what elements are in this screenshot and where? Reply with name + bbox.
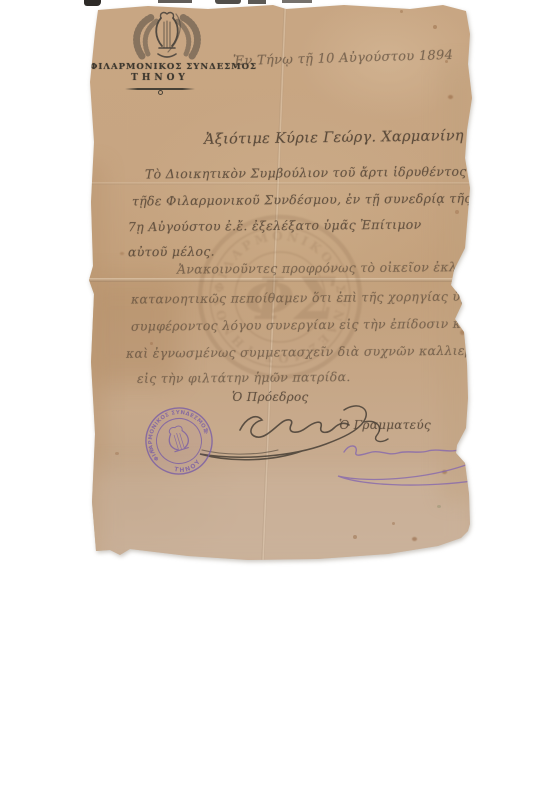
- scanned-letter-background: ΦΙΛΑΡΜΟΝΙΚΟΣ ΣΥΝΔΕΣΜΟΣ ΤΗΝΟΥ Ἐν Τήνῳ τῇ …: [0, 0, 549, 800]
- foxing-spot: [433, 25, 437, 29]
- fold-crease-vertical: [261, 0, 287, 570]
- foxing-spot: [442, 470, 447, 474]
- stamp-ring-text-bottom: ΤΗΝΟΥ: [171, 457, 204, 478]
- paper-stain-bottom: [88, 470, 472, 564]
- letterhead-divider: [125, 88, 195, 90]
- foxing-spot: [120, 252, 124, 255]
- paper-sheet: ΦΙΛΑΡΜΟΝΙΚΟΣ ΣΥΝΔΕΣΜΟΣ ΤΗΝΟΥ Ἐν Τήνῳ τῇ …: [88, 2, 472, 562]
- scan-edge-artifact: [248, 0, 266, 4]
- org-place: ΤΗΝΟΥ: [90, 73, 230, 83]
- scan-edge-artifact: [215, 0, 241, 4]
- scan-edge-artifact: [282, 0, 312, 3]
- foxing-spot: [115, 452, 119, 455]
- president-label: Ὁ Πρόεδρος: [232, 390, 309, 404]
- foxing-spot: [455, 210, 459, 214]
- foxing-spot: [448, 95, 453, 99]
- foxing-spot: [392, 522, 395, 525]
- org-name: ΦΙΛΑΡΜΟΝΙΚΟΣ ΣΥΝΔΕΣΜΟΣ: [90, 62, 230, 72]
- round-ink-stamp: ΦΙΛΑΡΜΟΝΙΚΟΣ ΣΥΝΔΕΣΜΟΣ ΤΗΝΟΥ ✻ ✻: [133, 395, 225, 487]
- paper-shadow-wrap: ΦΙΛΑΡΜΟΝΙΚΟΣ ΣΥΝΔΕΣΜΟΣ ΤΗΝΟΥ Ἐν Τήνῳ τῇ …: [0, 0, 549, 800]
- body-line: εἰς τὴν φιλτάτην ἡμῶν πατρίδα.: [137, 369, 351, 386]
- body-line: συμφέροντος λόγου συνεργίαν εἰς τὴν ἐπίδ…: [131, 315, 521, 333]
- foxing-spot: [353, 535, 357, 539]
- body-line: καὶ ἐγνωσμένως συμμετασχεῖν διὰ συχνῶν κ…: [126, 342, 531, 361]
- stamp-star-right-icon: ✻: [203, 428, 210, 436]
- body-line: 7ῃ Αὐγούστου ἐ.ἔ. ἐξελέξατο ὑμᾶς Ἐπίτιμο…: [128, 217, 422, 235]
- date-line: Ἐν Τήνῳ τῇ 10 Αὐγούστου 1894: [233, 48, 454, 69]
- body-line: αὐτοῦ μέλος.: [128, 244, 215, 260]
- foxing-spot: [437, 505, 441, 508]
- stamp-ring-text-top: ΦΙΛΑΡΜΟΝΙΚΟΣ ΣΥΝΔΕΣΜΟΣ: [140, 402, 212, 462]
- secretary-label: Ὁ Γραμματεύς: [339, 418, 431, 432]
- stamp-lyre-icon: [166, 424, 191, 452]
- body-line: κατανοητικῶς πεποίθαμεν ὅτι ἐπὶ τῆς χορη…: [131, 288, 487, 306]
- fold-crease-horizontal-upper: [88, 182, 472, 185]
- body-line: Ἀνακοινοῦντες προφρόνως τὸ οἰκεῖον ἐκλογ…: [177, 258, 549, 276]
- svg-text:ΦΙΛΑΡΜΟΝΙΚΟΣ ΣΥΝΔΕΣΜΟΣ: ΦΙΛΑΡΜΟΝΙΚΟΣ ΣΥΝΔΕΣΜΟΣ: [140, 402, 212, 462]
- foxing-spot: [412, 537, 417, 541]
- lyre-with-laurel-emblem-icon: [128, 10, 206, 62]
- body-line: Τὸ Διοικητικὸν Συμβούλιον τοῦ ἄρτι ἱδρυθ…: [145, 164, 486, 182]
- paper-stain-left-edge: [80, 162, 106, 562]
- foxing-spot: [400, 10, 403, 13]
- body-line: τῇδε Φιλαρμονικοῦ Συνδέσμου, ἐν τῇ συνεδ…: [132, 191, 472, 209]
- secretary-signature: [328, 436, 549, 492]
- svg-text:ΤΗΝΟΥ: ΤΗΝΟΥ: [171, 457, 204, 478]
- scan-edge-artifact: [158, 0, 192, 3]
- fold-crease-horizontal-lower: [88, 278, 472, 282]
- salutation-line: Ἀξιότιμε Κύριε Γεώργ. Χαρμανίνη: [204, 128, 464, 148]
- stamp-star-left-icon: ✻: [148, 447, 155, 455]
- scan-edge-artifact: [84, 0, 101, 6]
